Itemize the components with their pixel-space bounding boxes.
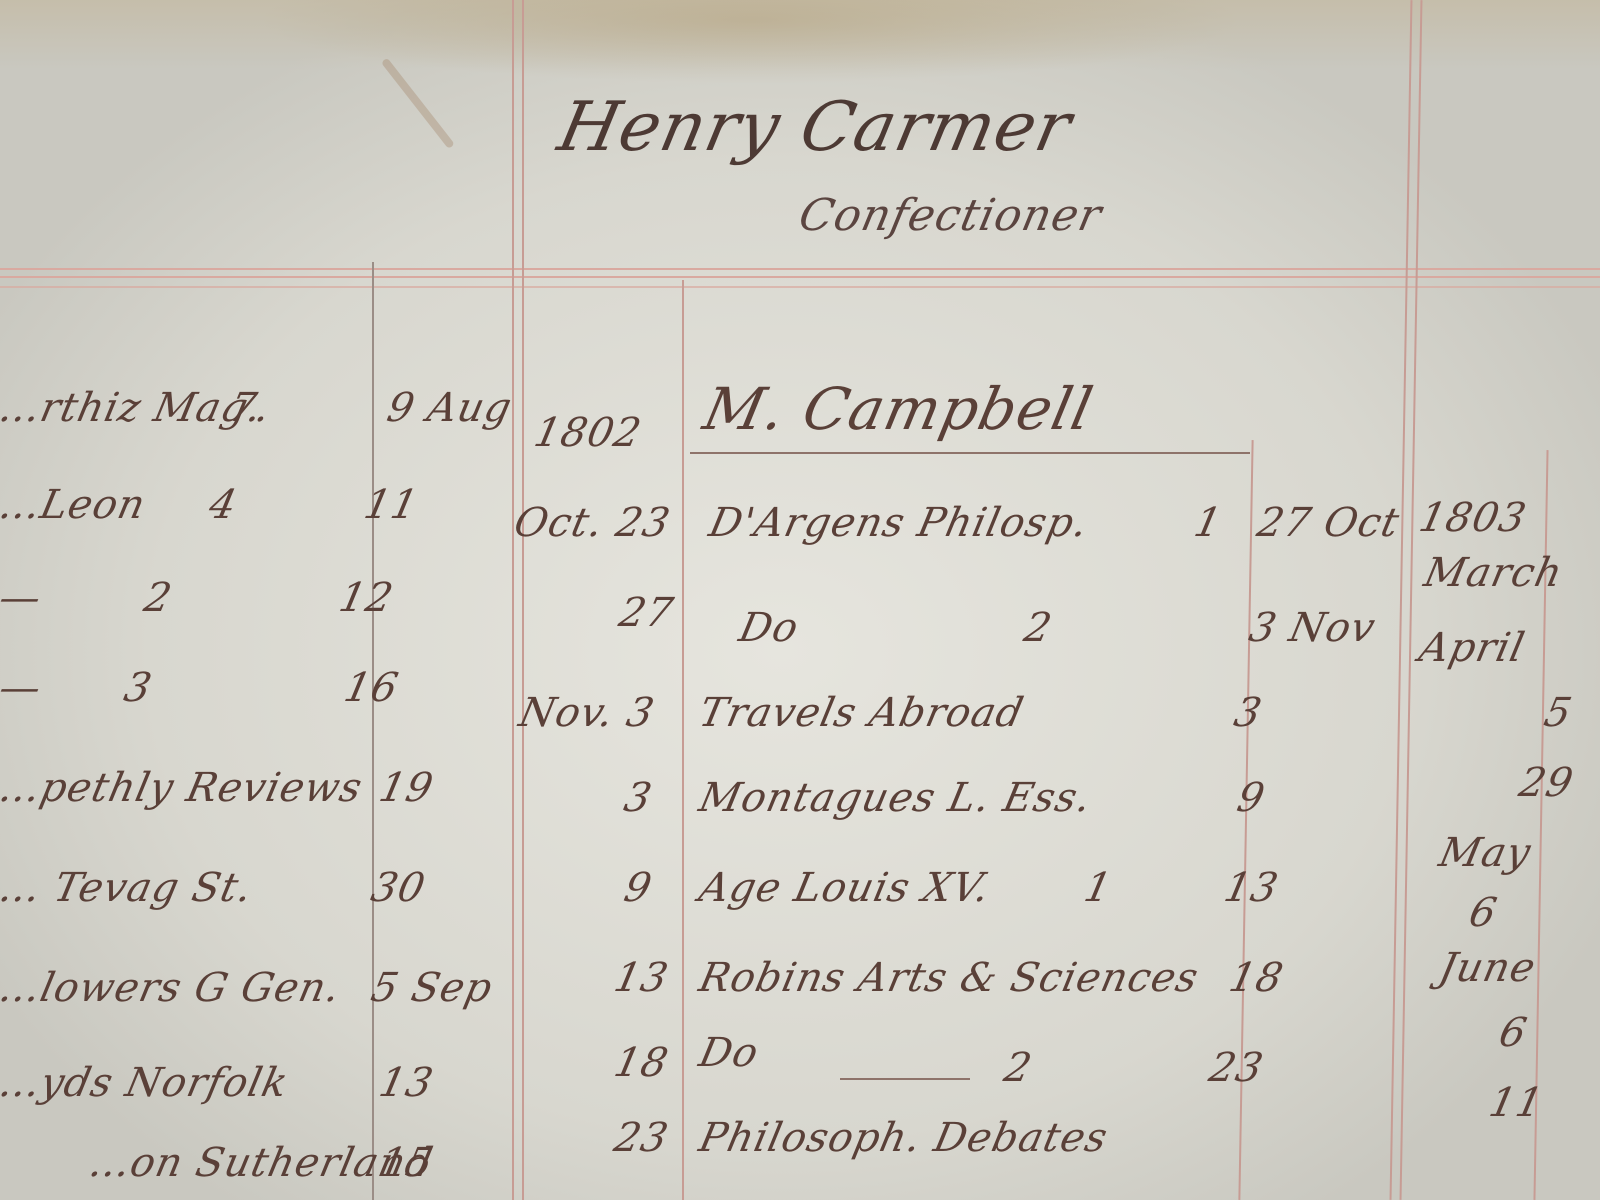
ditto-line [840, 1078, 970, 1080]
ledger-entry-title: …pethly Reviews [0, 765, 367, 811]
ledger-entry-title: — [0, 575, 46, 621]
ledger-entry-date: 3 [620, 775, 656, 821]
ledger-page: Henry Carmer Confectioner …rthiz Mag. 7.… [0, 0, 1600, 1200]
ledger-entry-date: 30 [367, 865, 430, 911]
ledger-entry-date: Nov. 3 [515, 690, 659, 736]
ledger-entry-title: …Leon [0, 482, 150, 528]
ledger-entry-date: 18 [610, 1040, 673, 1086]
ledger-entry-returned: 27 Oct [1253, 500, 1404, 546]
ledger-entry-vol: 2 [140, 575, 176, 621]
ledger-entry-vol: 1 [1080, 865, 1116, 911]
borrower-name: M. Campbell [698, 375, 1099, 443]
ledger-entry-returned: 9 [1233, 775, 1269, 821]
column-rule [512, 0, 514, 1200]
ledger-entry-date: 9 [620, 865, 656, 911]
ledger-entry-title: — [0, 665, 46, 711]
ledger-entry-date: 16 [340, 665, 403, 711]
ledger-entry-date: 13 [610, 955, 673, 1001]
ledger-entry-date: March [1420, 550, 1567, 596]
ledger-entry-date: 6 [1465, 890, 1501, 936]
account-year: 1802 [530, 410, 646, 456]
header-rule [0, 268, 1600, 270]
ledger-entry-date: 9 Aug [383, 385, 516, 431]
ledger-entry-date: 23 [610, 1115, 673, 1161]
ledger-entry-title: …lowers G Gen. [0, 965, 345, 1011]
ledger-entry-date: 13 [375, 1060, 438, 1106]
ledger-entry-vol: 7. [225, 385, 275, 431]
ledger-entry-title: Do [735, 605, 803, 651]
ledger-entry-date: 5 [1540, 690, 1576, 736]
ledger-entry-returned: 18 [1225, 955, 1288, 1001]
ledger-entry-date: 15 [375, 1140, 438, 1186]
ledger-entry-date: 12 [335, 575, 398, 621]
account-holder-occupation: Confectioner [795, 190, 1107, 241]
ledger-entry-returned: 3 Nov [1245, 605, 1380, 651]
ledger-entry-title: Travels Abroad [695, 690, 1028, 736]
ledger-entry-returned: 23 [1205, 1045, 1268, 1091]
ledger-entry-returned: 3 [1230, 690, 1266, 736]
ledger-entry-vol: 2 [1020, 605, 1056, 651]
ledger-entry-vol: 2 [1000, 1045, 1036, 1091]
ledger-entry-title: … Tevag St. [0, 865, 257, 911]
ledger-entry-date: 19 [375, 765, 438, 811]
ledger-entry-date: 6 [1495, 1010, 1531, 1056]
ledger-entry-date: 27 [615, 590, 678, 636]
ledger-entry-date: 11 [360, 482, 423, 528]
column-rule [522, 0, 524, 1200]
water-stain-drip [381, 58, 455, 150]
ledger-entry-vol: 4 [205, 482, 241, 528]
ledger-entry-vol: 1 [1190, 500, 1226, 546]
header-rule [0, 286, 1600, 288]
borrower-name-underline [690, 452, 1250, 454]
ledger-entry-title: Robins Arts & Sciences [695, 955, 1203, 1001]
ledger-entry-title: Do [695, 1030, 763, 1076]
ledger-entry-vol: 3 [120, 665, 156, 711]
account-year: 1803 [1415, 495, 1531, 541]
column-rule [1400, 0, 1423, 1200]
ledger-entry-date: May [1435, 830, 1535, 876]
ledger-entry-title: Age Louis XV. [695, 865, 994, 911]
ledger-entry-date: Oct. 23 [510, 500, 674, 546]
account-holder-name: Henry Carmer [552, 88, 1079, 167]
column-rule [682, 280, 684, 1200]
column-rule [372, 262, 374, 1200]
ledger-entry-date: 29 [1515, 760, 1578, 806]
ledger-entry-date: 5 Sep [367, 965, 497, 1011]
ledger-entry-date: June [1435, 945, 1540, 991]
header-rule [0, 276, 1600, 278]
ledger-entry-returned: 13 [1220, 865, 1283, 911]
ledger-entry-title: D'Argens Philosp. [705, 500, 1092, 546]
ledger-entry-title: …yds Norfolk [0, 1060, 292, 1106]
ledger-entry-date: 11 [1485, 1080, 1548, 1126]
water-stain [0, 0, 1600, 70]
ledger-entry-date: April [1415, 625, 1529, 671]
ledger-entry-title: Montagues L. Ess. [695, 775, 1096, 821]
ledger-entry-title: Philosoph. Debates [695, 1115, 1112, 1161]
